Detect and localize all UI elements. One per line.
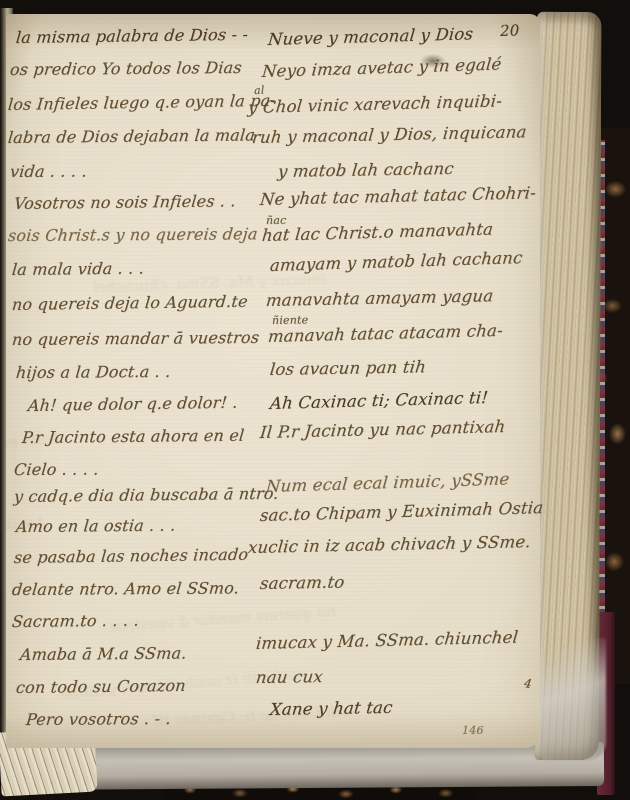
manuscript-line-left: Cielo . . . . <box>13 460 100 479</box>
manuscript-line-right: Num ecal ecal imuic, ySSme <box>265 469 510 496</box>
manuscript-line-left: Amo en la ostia . . . <box>15 516 177 536</box>
manuscript-line-right: Ah Caxinac ti; Caxinac ti! <box>269 388 489 413</box>
manuscript-line-right: Xane y hat tac <box>269 698 394 719</box>
manuscript-line-right: hat lac Christ.o manavahta <box>261 220 494 246</box>
folio-number: 146 <box>462 724 484 737</box>
manuscript-line-left: Amaba ā M.a SSma. <box>19 644 188 664</box>
manuscript-line-left: hijos a la Doct.a . . <box>15 362 172 382</box>
manuscript-line-right: sac.to Chipam y Euxinimah Ostia <box>259 498 544 525</box>
manuscript-line-right: Ne yhat tac mahat tatac Chohri- <box>259 183 537 209</box>
manuscript-line-left: sois Christ.s y no quereis deja <box>7 224 259 245</box>
manuscript-line-right: amayam y matob lah cachanc <box>269 248 523 275</box>
manuscript-line-left: y cadq.e dia dia buscaba ā ntro. <box>13 484 279 506</box>
manuscript-photo: Num ecal ecal imuic, ySSme imucax y Ma. … <box>0 0 630 800</box>
underlying-page-edge <box>22 742 604 790</box>
manuscript-line-left: no quereis deja lo Aguard.te <box>11 292 249 314</box>
manuscript-line-right: imucax y Ma. SSma. chiunchel <box>255 628 519 653</box>
manuscript-line-left: con todo su Corazon <box>15 676 187 697</box>
manuscript-line-right: xuclic in iz acab chivach y SSme. <box>247 532 532 557</box>
manuscript-page: Num ecal ecal imuic, ySSme imucax y Ma. … <box>6 14 540 748</box>
interlinear-word: ñiente <box>272 313 309 327</box>
manuscript-line-right: ruh y maconal y Dios, inquicana <box>251 122 528 147</box>
page-number: 20 <box>500 21 520 40</box>
manuscript-line-left: no quereis mandar ā vuestros <box>11 328 260 349</box>
manuscript-line-left: los Infieles luego q.e oyan la pa- <box>7 91 277 114</box>
manuscript-line-right: Il P.r Jacinto yu nac pantixah <box>259 417 506 442</box>
manuscript-line-left: Pero vosotros . - . <box>25 709 172 729</box>
manuscript-line-right: y matob lah cachanc <box>277 159 455 181</box>
manuscript-line-left: delante ntro. Amo el SSmo. <box>11 578 240 599</box>
manuscript-line-left: Ah! que dolor q.e dolor! . <box>27 393 238 415</box>
manuscript-line-left: la mala vida . . . <box>11 259 145 279</box>
manuscript-line-left: la misma palabra de Dios - - <box>15 25 249 47</box>
manuscript-line-left: Vosotros no sois Infieles . . <box>13 191 237 213</box>
manuscript-line-left: os predico Yo todos los Dias <box>9 58 243 79</box>
manuscript-line-right: Nueve y maconal y Dios <box>267 24 474 49</box>
manuscript-line-left: vida . . . . <box>9 162 88 181</box>
manuscript-line-left: P.r Jacinto esta ahora en el <box>21 426 245 447</box>
manuscript-line-left: se pasaba las noches incado <box>13 545 249 567</box>
manuscript-line-right: sacram.to <box>259 573 346 594</box>
margin-mark: 4 <box>523 676 533 691</box>
manuscript-line-right: Neyo imza avetac y in egalé <box>261 54 502 81</box>
page-corner-sheen <box>540 638 606 760</box>
manuscript-line-right: nau cux <box>255 667 324 687</box>
manuscript-line-right: los avacun pan tih <box>269 357 427 379</box>
manuscript-line-left: Sacram.to . . . . <box>11 611 140 631</box>
show-through-text: no quereis mandar ā vuestros <box>109 602 336 636</box>
interlinear-word: al <box>254 84 265 97</box>
manuscript-line-right: y Chol vinic xarevach inquibi- <box>247 91 503 117</box>
manuscript-line-right: manavahta amayam yagua <box>265 286 494 310</box>
manuscript-line-left: labra de Dios dejaban la mala <box>7 125 256 147</box>
